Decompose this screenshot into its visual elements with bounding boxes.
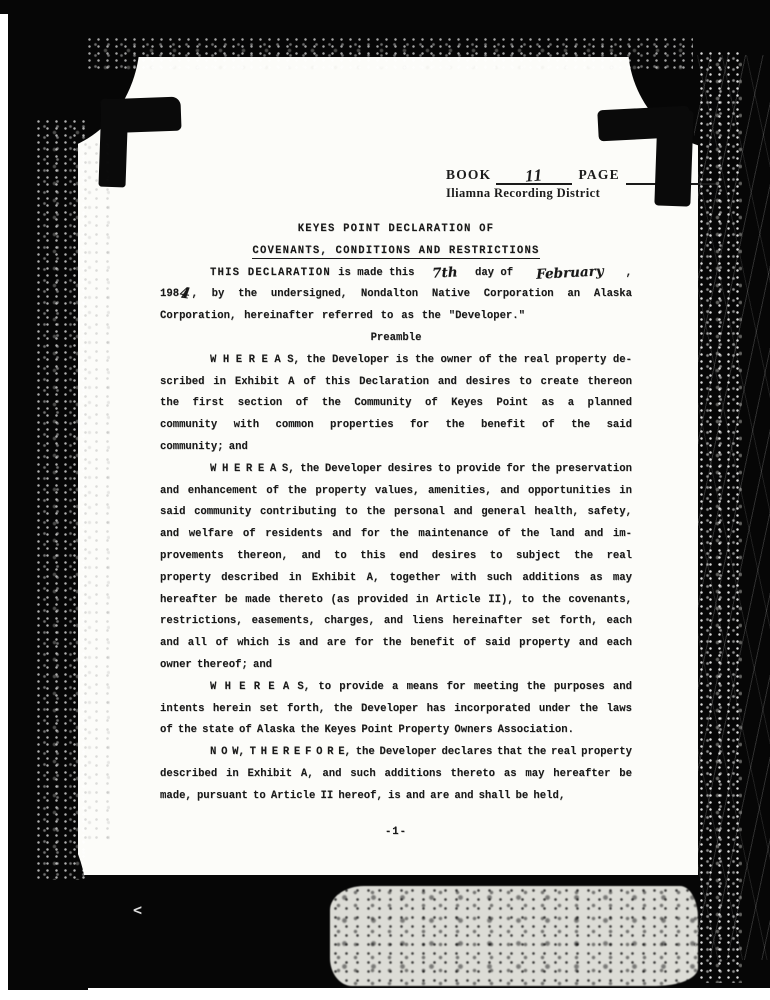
- doc-line: property described in Exhibit A, togethe…: [160, 568, 632, 590]
- intro-line2-rest: , by the undersigned, Nondalton Native C…: [192, 288, 632, 300]
- preamble-heading: Preamble: [160, 328, 632, 350]
- doc-line: made, pursuant to Article II hereof, is …: [160, 786, 632, 808]
- doc-line: restrictions, easements, charges, and li…: [160, 611, 632, 633]
- page-label: PAGE: [578, 167, 619, 182]
- doc-line: provements thereon, and to this end desi…: [160, 546, 632, 568]
- intro-lead-rest: is made this: [338, 263, 414, 285]
- book-value-blank: 11: [496, 167, 572, 185]
- day-blank: 7th: [422, 263, 468, 285]
- doc-line: of the state of Alaska the Keyes Point P…: [160, 720, 632, 742]
- doc-line: community with common properties for the…: [160, 415, 632, 437]
- handwritten-month: February: [535, 266, 603, 280]
- book-value-handwritten: 11: [525, 168, 544, 183]
- film-corner-mark: <: [133, 901, 142, 919]
- doc-line: and enhancement of the property values, …: [160, 481, 632, 503]
- month-blank: February: [520, 263, 618, 285]
- document-page: BOOK 11 PAGE 401 Iliamna Recording Distr…: [78, 57, 698, 875]
- intro-line-3: Corporation, hereinafter referred to as …: [160, 306, 632, 328]
- document-body: KEYES POINT DECLARATION OF COVENANTS, CO…: [160, 219, 632, 843]
- corner-tab-top-left-stem: [98, 99, 128, 188]
- paragraph-whereas-1: W H E R E A S, the Developer is the owne…: [160, 350, 632, 459]
- intro-mid: day of: [475, 263, 513, 285]
- doc-title-line1: KEYES POINT DECLARATION OF: [160, 219, 632, 241]
- scan-border-bottom: [8, 872, 770, 988]
- page-number: -1-: [160, 822, 632, 844]
- doc-line: N O W, T H E R E F O R E, the Developer …: [160, 742, 632, 764]
- handwritten-year-digit: 4: [178, 288, 192, 300]
- doc-line: hereafter be made thereto (as provided i…: [160, 590, 632, 612]
- doc-line: and all of which is and are for the bene…: [160, 633, 632, 655]
- doc-line: and welfare of residents and for the mai…: [160, 524, 632, 546]
- doc-line: owner thereof; and: [160, 655, 632, 677]
- intro-lead: THIS DECLARATION: [210, 263, 331, 285]
- doc-title-line2: COVENANTS, CONDITIONS AND RESTRICTIONS: [160, 241, 632, 263]
- handwritten-day: 7th: [432, 267, 458, 278]
- doc-line: community; and: [160, 437, 632, 459]
- corner-tab-top-right-stem: [654, 109, 693, 206]
- year-typed: 198: [160, 288, 179, 300]
- doc-line: described in Exhibit A, and such additio…: [160, 764, 632, 786]
- doc-line: said community contributing to the perso…: [160, 502, 632, 524]
- paragraph-whereas-3: W H E R E A S, to provide a means for me…: [160, 677, 632, 742]
- book-label: BOOK: [446, 167, 491, 182]
- doc-line: intents herein set forth, the Developer …: [160, 699, 632, 721]
- doc-line: scribed in Exhibit A of this Declaration…: [160, 372, 632, 394]
- paragraph-whereas-2: W H E R E A S, the Developer desires to …: [160, 459, 632, 677]
- intro-comma: ,: [626, 263, 632, 285]
- doc-line: the first section of the Community of Ke…: [160, 393, 632, 415]
- doc-line: W H E R E A S, the Developer is the owne…: [160, 350, 632, 372]
- scanned-document: BOOK 11 PAGE 401 Iliamna Recording Distr…: [0, 0, 770, 1000]
- doc-line: W H E R E A S, to provide a means for me…: [160, 677, 632, 699]
- intro-line-1: THIS DECLARATION is made this 7th day of…: [160, 263, 632, 285]
- doc-line: W H E R E A S, the Developer desires to …: [160, 459, 632, 481]
- paragraph-now-therefore: N O W, T H E R E F O R E, the Developer …: [160, 742, 632, 807]
- intro-line-2: 1984, by the undersigned, Nondalton Nati…: [160, 284, 632, 306]
